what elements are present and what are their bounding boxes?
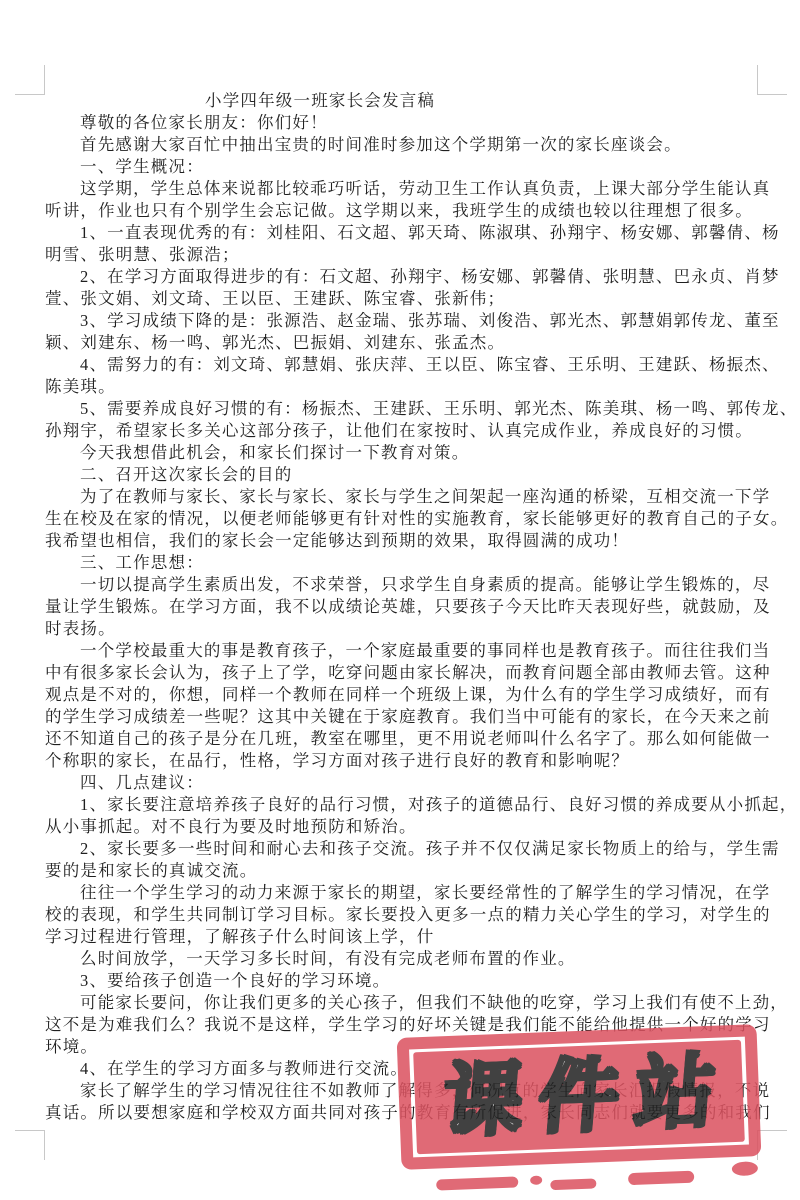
- watermark-stamp: 课件站: [397, 1024, 762, 1170]
- text-line: 今天我想借此机会，和家长们探讨一下教育对策。: [45, 442, 759, 464]
- text-line: 1、一直表现优秀的有：刘桂阳、石文超、郭天琦、陈淑琪、孙翔宇、杨安娜、郭馨倩、杨: [45, 222, 759, 244]
- text-line: 一切以提高学生素质出发，不求荣誉，只求学生自身素质的提高。能够让学生锻炼的，尽: [45, 574, 759, 596]
- text-line: 生在校及在家的情况，以便老师能够更有针对性的实施教育，家长能够更好的教育自己的子…: [45, 508, 759, 530]
- text-line: 尊敬的各位家长朋友：你们好！: [45, 112, 759, 134]
- text-line: 2、家长要多一些时间和耐心去和孩子交流。孩子并不仅仅满足家长物质上的给与，学生需: [45, 838, 759, 860]
- margin-corner-mark-bottom-right: [757, 1130, 787, 1160]
- text-line: 个称职的家长，在品行，性格，学习方面对孩子进行良好的教育和影响呢？: [45, 750, 759, 772]
- text-line: 时表扬。: [45, 618, 759, 640]
- text-line: 明雪、张明慧、张源浩；: [45, 244, 759, 266]
- watermark-stamp-fill: 课件站: [413, 1040, 745, 1155]
- text-line: 要的是和家长的真诚交流。: [45, 860, 759, 882]
- text-line: 三、工作思想：: [45, 552, 759, 574]
- text-line: 么时间放学，一天学习多长时间，有没有完成老师布置的作业。: [45, 948, 759, 970]
- text-line: 2、在学习方面取得进步的有：石文超、孙翔宇、杨安娜、郭馨倩、张明慧、巴永贞、肖梦: [45, 266, 759, 288]
- document-title: 小学四年级一班家长会发言稿: [205, 90, 759, 112]
- margin-corner-mark-top-right: [757, 65, 787, 95]
- text-line: 陈美琪。: [45, 376, 759, 398]
- text-line: 二、召开这次家长会的目的: [45, 464, 759, 486]
- stamp-ink-blob: [436, 1176, 518, 1190]
- margin-corner-mark-top-left: [15, 65, 45, 95]
- text-line: 3、学习成绩下降的是：张源浩、赵金瑞、张苏瑞、刘俊浩、郭光杰、郭慧娟郭传龙、董至: [45, 310, 759, 332]
- stamp-ink-blob: [732, 1161, 759, 1176]
- text-line: 萱、张文娟、刘文琦、王以臣、王建跃、陈宝睿、张新伟；: [45, 288, 759, 310]
- text-line: 孙翔宇，希望家长多关心这部分孩子，让他们在家按时、认真完成作业，养成良好的习惯。: [45, 420, 759, 442]
- text-line: 3、要给孩子创造一个良好的学习环境。: [45, 970, 759, 992]
- watermark-text: 课件站: [424, 1051, 735, 1143]
- text-line: 校的表现，和学生共同制订学习目标。家长要投入更多一点的精力关心学生的学习，对学生…: [45, 904, 759, 926]
- margin-corner-mark-bottom-left: [15, 1130, 45, 1160]
- stamp-ink-blob: [550, 1178, 596, 1190]
- text-line: 往往一个学生学习的动力来源于家长的期望，家长要经常性的了解学生的学习情况，在学: [45, 882, 759, 904]
- text-line: 4、需努力的有：刘文琦、郭慧娟、张庆萍、王以臣、陈宝睿、王乐明、王建跃、杨振杰、: [45, 354, 759, 376]
- text-line: 量让学生锻炼。在学习方面，我不以成绩论英雄，只要孩子今天比昨天表现好些，就鼓励，…: [45, 596, 759, 618]
- text-line: 一、学生概况：: [45, 156, 759, 178]
- text-line: 还不知道自己的孩子是分在几班，教室在哪里，更不用说老师叫什么名字了。那么如何能做…: [45, 728, 759, 750]
- document-content: 小学四年级一班家长会发言稿 尊敬的各位家长朋友：你们好！首先感谢大家百忙中抽出宝…: [45, 90, 759, 1124]
- text-line: 观点是不对的，你想，同样一个教师在同样一个班级上课，为什么有的学生学习成绩好，而…: [45, 684, 759, 706]
- text-line: 听讲，作业也只有个别学生会忘记做。这学期以来，我班学生的成绩也较以往理想了很多。: [45, 200, 759, 222]
- text-line: 学习过程进行管理，了解孩子什么时间该上学，什: [45, 926, 759, 948]
- text-line: 中有很多家长会认为，孩子上了学，吃穿问题由家长解决，而教育问题全部由教师去管。这…: [45, 662, 759, 684]
- stamp-ink-blob: [628, 1171, 694, 1186]
- text-line: 1、家长要注意培养孩子良好的品行习惯，对孩子的道德品行、良好习惯的养成要从小抓起…: [45, 794, 759, 816]
- stamp-ink-blob: [530, 1175, 542, 1184]
- text-line: 可能家长要问，你让我们更多的关心孩子，但我们不缺他的吃穿，学习上我们有使不上劲，: [45, 992, 759, 1014]
- text-line: 的学生学习成绩差一些呢？这其中关键在于家庭教育。我们当中可能有的家长，在今天来之…: [45, 706, 759, 728]
- text-line: 颖、刘建东、杨一鸣、郭光杰、巴振娟、刘建东、张孟杰。: [45, 332, 759, 354]
- text-line: 5、需要养成良好习惯的有：杨振杰、王建跃、王乐明、郭光杰、陈美琪、杨一鸣、郭传龙…: [45, 398, 759, 420]
- text-line: 四、几点建议：: [45, 772, 759, 794]
- text-line: 我希望也相信，我们的家长会一定能够达到预期的效果，取得圆满的成功！: [45, 530, 759, 552]
- text-line: 一个学校最重大的事是教育孩子，一个家庭最重要的事同样也是教育孩子。而往往我们当: [45, 640, 759, 662]
- text-line: 这学期，学生总体来说都比较乖巧听话，劳动卫生工作认真负责，上课大部分学生能认真: [45, 178, 759, 200]
- text-line: 从小事抓起。对不良行为要及时地预防和矫治。: [45, 816, 759, 838]
- text-line: 为了在教师与家长、家长与家长、家长与学生之间架起一座沟通的桥梁，互相交流一下学: [45, 486, 759, 508]
- text-line: 首先感谢大家百忙中抽出宝贵的时间准时参加这个学期第一次的家长座谈会。: [45, 134, 759, 156]
- document-page: 小学四年级一班家长会发言稿 尊敬的各位家长朋友：你们好！首先感谢大家百忙中抽出宝…: [0, 0, 800, 1200]
- document-body: 尊敬的各位家长朋友：你们好！首先感谢大家百忙中抽出宝贵的时间准时参加这个学期第一…: [45, 112, 759, 1124]
